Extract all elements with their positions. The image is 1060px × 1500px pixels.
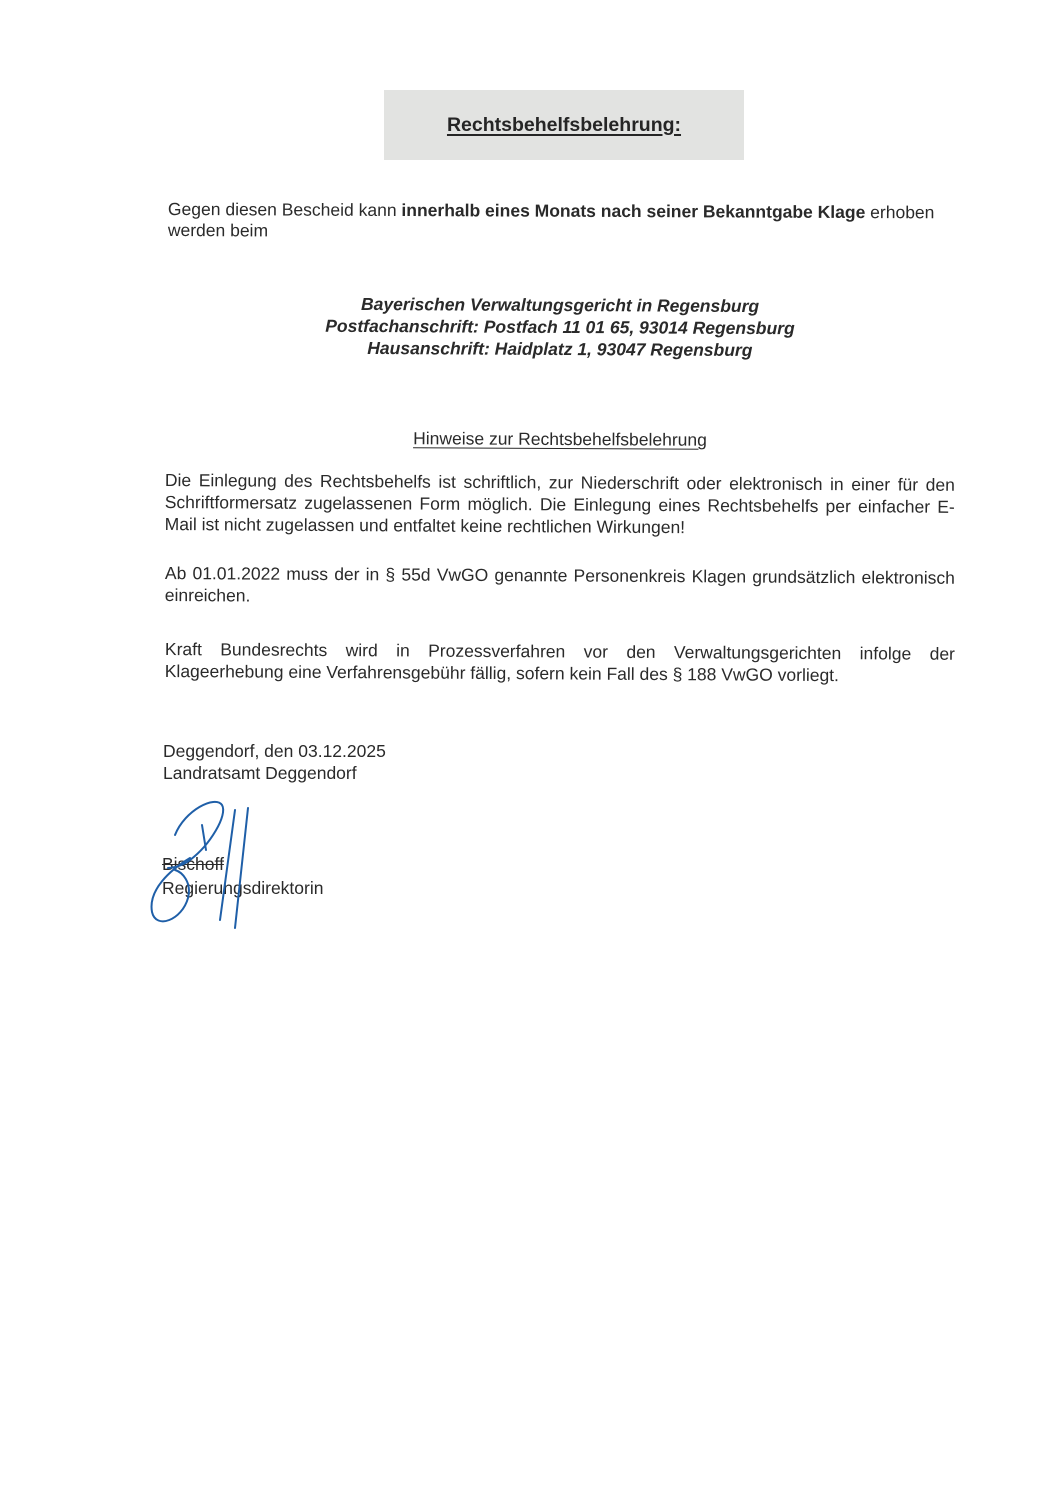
court-street-address: Hausanschrift: Haidplatz 1, 93047 Regens… <box>280 337 840 362</box>
issuing-authority: Landratsamt Deggendorf <box>163 762 386 784</box>
notes-heading: Hinweise zur Rechtsbehelfsbelehrung <box>160 427 960 452</box>
closing-block: Deggendorf, den 03.12.2025 Landratsamt D… <box>163 740 386 784</box>
document-title: Rechtsbehelfsbelehrung: <box>447 114 681 137</box>
title-box: Rechtsbehelfsbelehrung: <box>384 90 744 160</box>
handwritten-signature-icon <box>140 790 280 930</box>
court-address-block: Bayerischen Verwaltungsgericht in Regens… <box>280 293 840 362</box>
court-postal-address: Postfachanschrift: Postfach 11 01 65, 93… <box>280 315 840 340</box>
note-paragraph-filing: Die Einlegung des Rechtsbehelfs ist schr… <box>165 469 955 540</box>
intro-text-start: Gegen diesen Bescheid kann <box>168 199 402 220</box>
court-name: Bayerischen Verwaltungsgericht in Regens… <box>280 293 840 318</box>
place-date: Deggendorf, den 03.12.2025 <box>163 740 386 762</box>
note-paragraph-electronic: Ab 01.01.2022 muss der in § 55d VwGO gen… <box>165 562 955 611</box>
intro-deadline-bold: innerhalb eines Monats nach seiner Bekan… <box>401 200 865 222</box>
note-paragraph-fees: Kraft Bundesrechts wird in Prozessverfah… <box>165 638 955 687</box>
intro-paragraph: Gegen diesen Bescheid kann innerhalb ein… <box>168 199 968 244</box>
